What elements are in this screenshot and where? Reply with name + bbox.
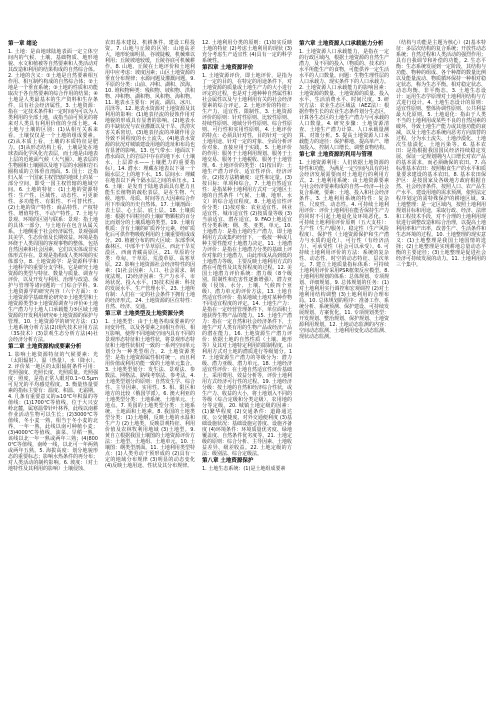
notes-column-4: 第六章 土地资源人口承载能力分析 1. 土地资源人口承载能力，是指在一定的行政区…	[299, 40, 389, 696]
notes-text: 1. 土地资源人口承载能力，是指在一定的行政区域内，根据土地资源的自然生产潜力，…	[299, 49, 389, 151]
notes-text: 1. 土地资源评价，即土地评价，是指为了一定的目的，在特定的用途条件下，对土地资…	[202, 73, 292, 457]
chapter-heading: 第一章 绪论	[8, 41, 98, 48]
notes-text: 1. 土地类型：由于土地各构成要素的空间变异性，以及各要素之间相互作用、相互影响…	[105, 319, 195, 469]
chapter-heading: 第二章 土地资源构成要素分析	[8, 344, 98, 351]
notes-text: 农田基本建设、机耕条件、建设工程投资。7. 山地与丘陵的区别：山地高差大，地形轮…	[105, 40, 195, 310]
notes-column-2: 农田基本建设、机耕条件、建设工程投资。7. 山地与丘陵的区别：山地高差大，地形轮…	[105, 40, 195, 696]
notes-column-5: （结构与功能是主题为核心）(2)基本特征：多层次结构的复合系统；开放性动态系统；…	[396, 40, 486, 696]
chapter-heading: 第七章 土地资源的利用与管理	[299, 152, 389, 159]
notes-text: 12. 土地利用分类的原则：(1)如实反映土地的特征 (2)考虑土地利用的现状 …	[202, 40, 292, 64]
notes-text: 1. 土地：是由地球陆地表面一定立体空间内的气候、土壤、基础物质、地形地貌、水文…	[8, 49, 98, 343]
notes-text: 1. 土地生态系统：(1)是土地组成要素	[202, 466, 285, 472]
chapter-heading: 第六章 土地资源人口承载能力分析	[299, 41, 389, 48]
chapter-heading: 第四章 土地资源评价	[202, 65, 292, 72]
notes-text: 1. 土地资源利用：人们依据土地资源的特性和功能，为满足一定空间内具有的社会经济…	[299, 160, 389, 340]
chapter-heading: 第三章 土地类型及土地资源分类	[105, 311, 195, 318]
notes-text: 1. 影响土地资源特征的气候要素：光（太阳辐射）、温（热量）、水（降水）。2. …	[8, 352, 98, 472]
notes-column-1: 第一章 绪论 1. 土地：是由地球陆地表面一定立体空间内的气候、土壤、基础物质、…	[8, 40, 98, 696]
notes-column-3: 12. 土地利用分类的原则：(1)如实反映土地的特征 (2)考虑土地利用的现状 …	[202, 40, 292, 696]
chapter-heading: 第八章 土地资源保护	[202, 458, 292, 465]
cheat-sheet-page: 第一章 绪论 1. 土地：是由地球陆地表面一定立体空间内的气候、土壤、基础物质、…	[0, 0, 496, 702]
notes-text: （结构与功能是主题为核心）(2)基本特征：多层次结构的复合系统；开放性动态系统；…	[396, 40, 486, 268]
